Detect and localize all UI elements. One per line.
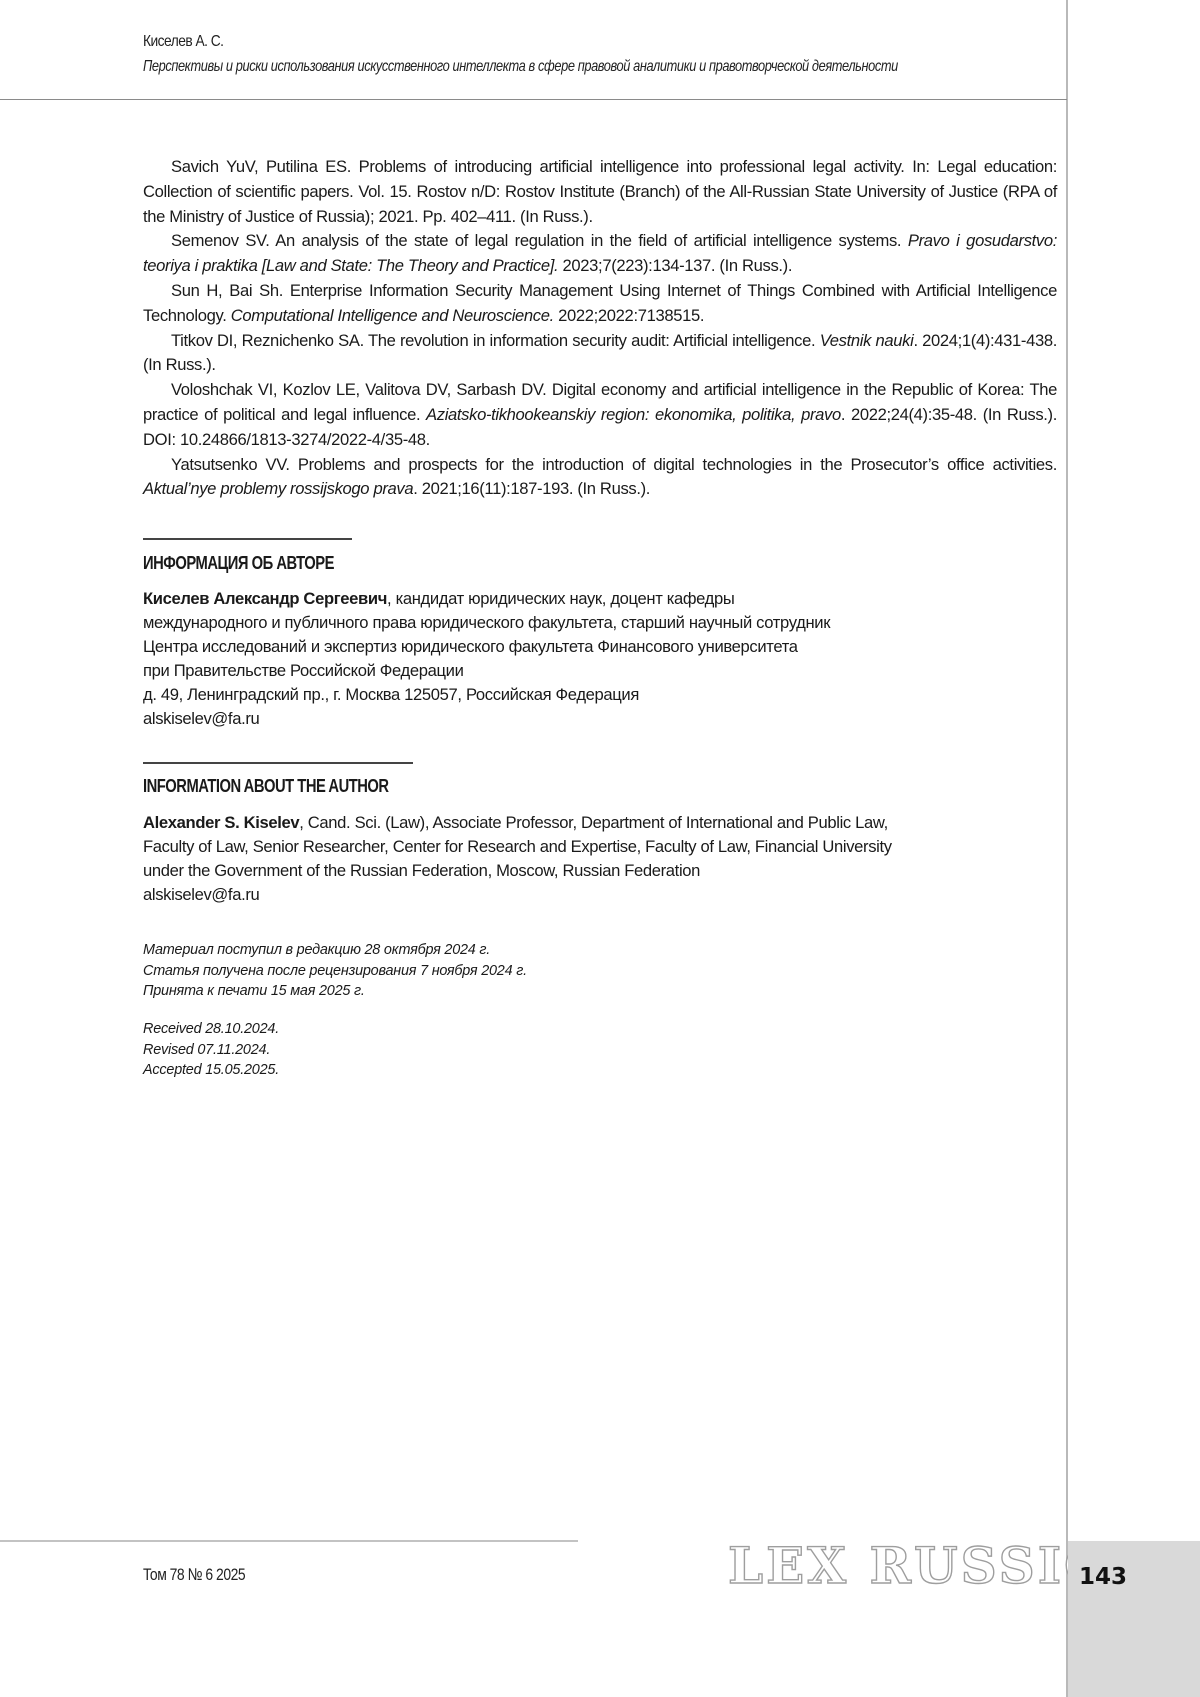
right-margin-rule (1066, 0, 1068, 1697)
reference-item: Sun H, Bai Sh. Enterprise Information Se… (143, 279, 1057, 329)
author-info-en: Alexander S. Kiselev, Cand. Sci. (Law), … (143, 811, 1063, 907)
submission-dates-ru: Материал поступил в редакцию 28 октября … (143, 940, 527, 1002)
reference-list: Savich YuV, Putilina ES. Problems of int… (143, 155, 1057, 502)
issue-info: Том 78 № 6 2025 (143, 1565, 245, 1585)
reference-item: Titkov DI, Reznichenko SA. The revolutio… (143, 329, 1057, 379)
author-email-en[interactable]: alskiselev@fa.ru (143, 883, 1063, 907)
author-address-ru: д. 49, Ленинградский пр., г. Москва 1250… (143, 683, 1043, 707)
author-name-ru: Киселев Александр Сергеевич (143, 589, 387, 608)
running-head-title: Перспективы и риски использования искусс… (143, 58, 898, 76)
author-email-ru[interactable]: alskiselev@fa.ru (143, 707, 1043, 731)
author-info-heading-en: INFORMATION ABOUT THE AUTHOR (143, 776, 389, 797)
running-head-author: Киселев А. С. (143, 33, 223, 51)
journal-page: Киселев А. С. Перспективы и риски исполь… (0, 0, 1200, 1697)
footer-divider (0, 1540, 578, 1542)
page-number: 143 (1079, 1564, 1127, 1590)
reference-item: Semenov SV. An analysis of the state of … (143, 229, 1057, 279)
author-info-heading-ru: ИНФОРМАЦИЯ ОБ АВТОРЕ (143, 553, 334, 574)
reference-item: Savich YuV, Putilina ES. Problems of int… (143, 155, 1057, 229)
author-name-en: Alexander S. Kiselev (143, 813, 299, 832)
reference-item: Yatsutsenko VV. Problems and prospects f… (143, 453, 1057, 503)
header-divider (0, 99, 1067, 100)
section-divider (143, 762, 413, 764)
reference-item: Voloshchak VI, Kozlov LE, Valitova DV, S… (143, 378, 1057, 452)
author-info-ru: Киселев Александр Сергеевич, кандидат юр… (143, 587, 1043, 731)
submission-dates-en: Received 28.10.2024. Revised 07.11.2024.… (143, 1019, 279, 1081)
section-divider (143, 538, 352, 540)
